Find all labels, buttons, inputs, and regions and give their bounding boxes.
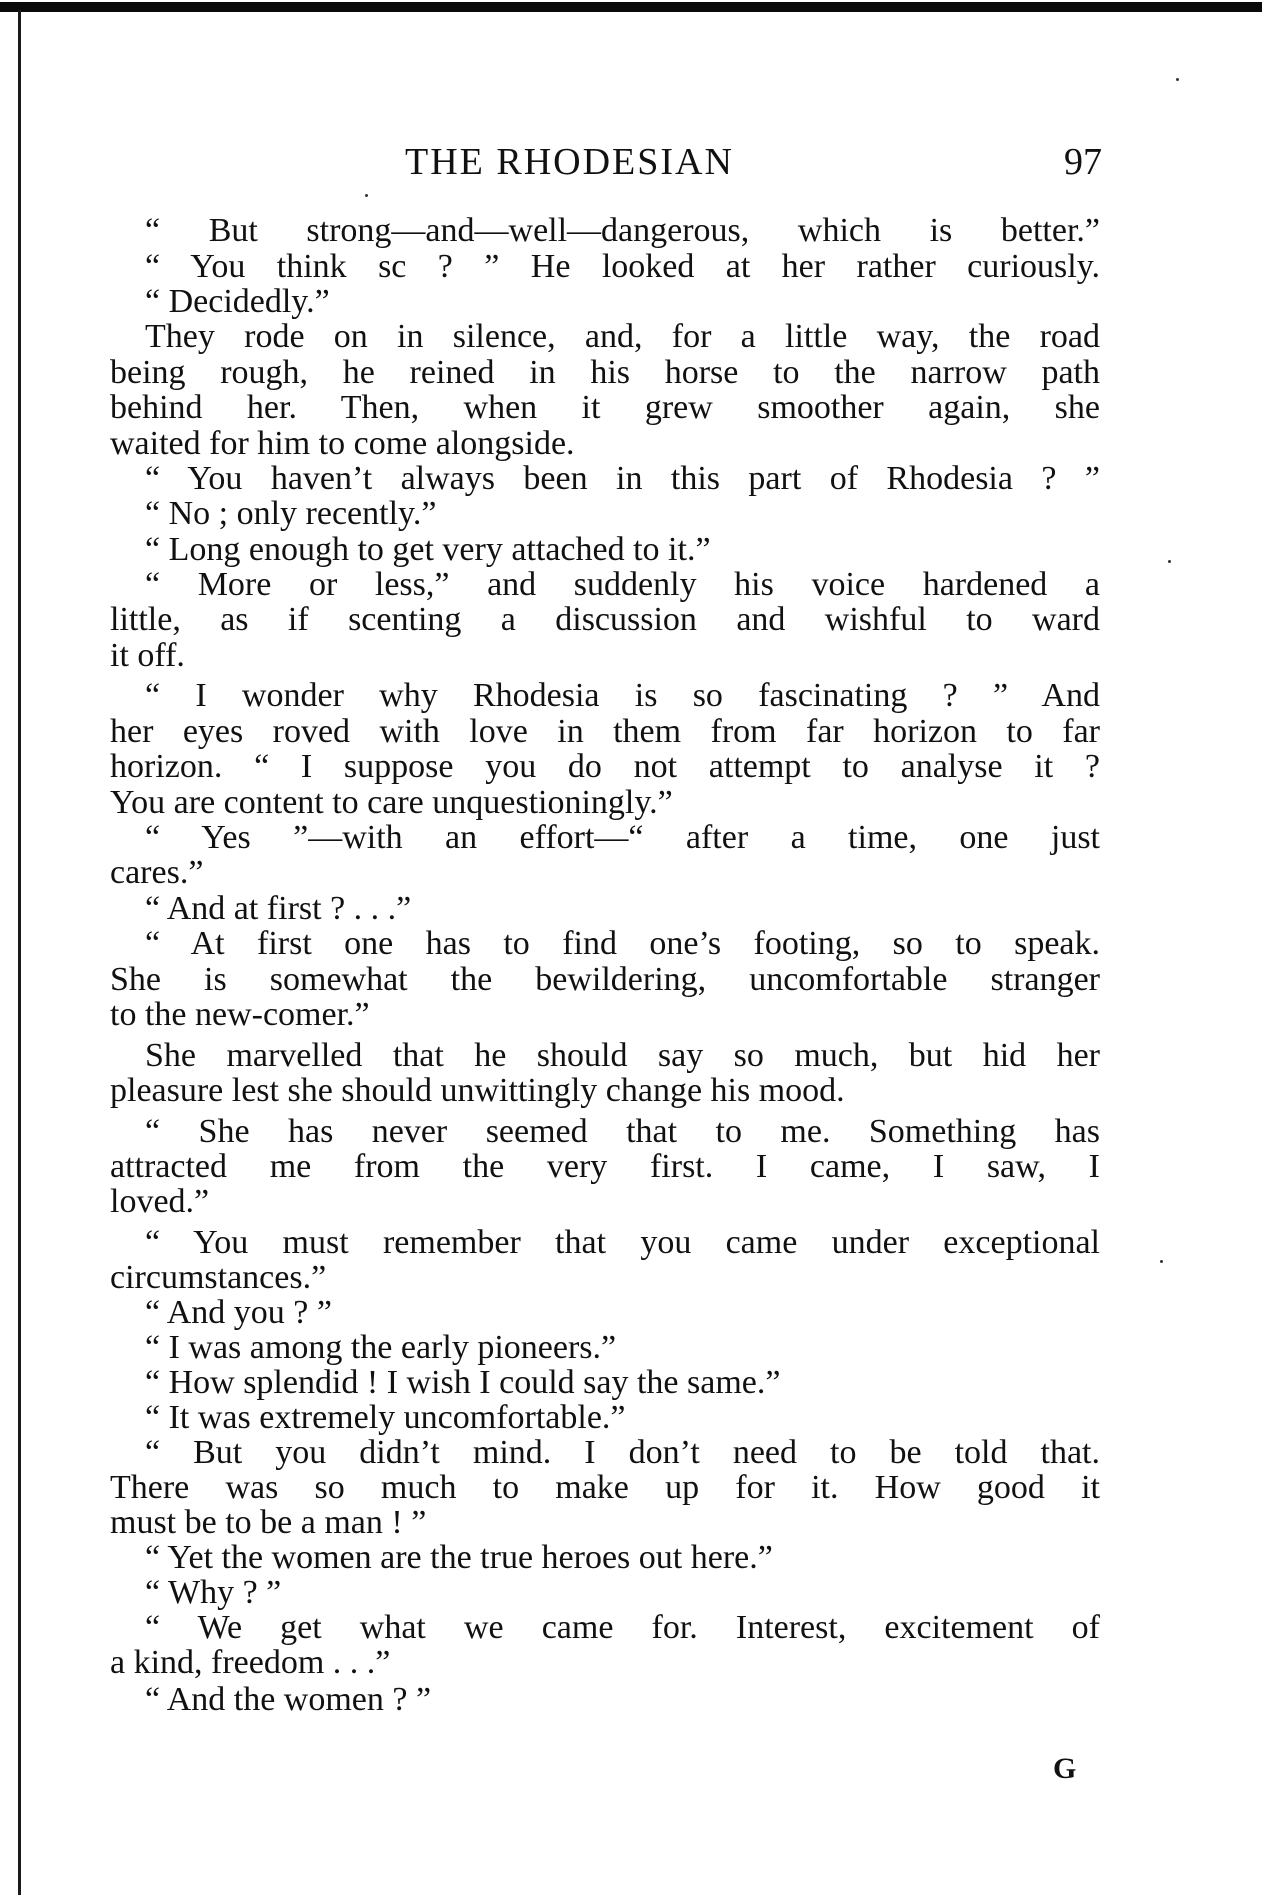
text-line: “ And at first ? . . .”: [145, 891, 1100, 927]
text-line: “ Decidedly.”: [145, 284, 1100, 320]
text-line: her eyes roved with love in them from fa…: [110, 714, 1100, 750]
text-line: waited for him to come alongside.: [110, 426, 1100, 462]
text-line: “ How splendid ! I wish I could say the …: [145, 1365, 1100, 1401]
text-line: “ Why ? ”: [145, 1575, 1100, 1611]
print-speck: [1168, 560, 1171, 563]
text-line: She is somewhat the bewildering, uncomfo…: [110, 962, 1100, 998]
text-line: little, as if scenting a discussion and …: [110, 602, 1100, 638]
text-line: circumstances.”: [110, 1260, 1100, 1296]
text-line: “ Yes ”—with an effort—“ after a time, o…: [145, 820, 1100, 856]
text-line: “ More or less,” and suddenly his voice …: [145, 567, 1100, 603]
text-line: “ You haven’t always been in this part o…: [145, 461, 1100, 497]
text-line: They rode on in silence, and, for a litt…: [145, 319, 1100, 355]
text-line: “ It was extremely uncomfortable.”: [145, 1400, 1100, 1436]
text-line: “ You think sc ? ” He looked at her rath…: [145, 249, 1100, 285]
page-left-edge-rule: [18, 10, 21, 1895]
text-line: cares.”: [110, 855, 1100, 891]
text-line: “ And the women ? ”: [145, 1682, 1100, 1718]
page-number: 97: [1058, 140, 1102, 184]
text-line: “ I was among the early pioneers.”: [145, 1330, 1100, 1366]
text-line: “ But you didn’t mind. I don’t need to b…: [145, 1435, 1100, 1471]
text-line: “ Yet the women are the true heroes out …: [145, 1540, 1100, 1576]
print-speck: [1176, 78, 1179, 81]
text-line: “ No ; only recently.”: [145, 496, 1100, 532]
text-line: a kind, freedom . . .”: [110, 1645, 1100, 1681]
text-line: “ I wonder why Rhodesia is so fascinatin…: [145, 678, 1100, 714]
text-line: loved.”: [110, 1184, 1100, 1220]
text-line: attracted me from the very first. I came…: [110, 1149, 1100, 1185]
print-speck: [1160, 1260, 1163, 1263]
text-line: “ But strong—and—well—dangerous, which i…: [145, 213, 1100, 249]
running-head-title: THE RHODESIAN: [405, 140, 800, 184]
text-line: She marvelled that he should say so much…: [145, 1038, 1100, 1074]
text-line: “ You must remember that you came under …: [145, 1225, 1100, 1261]
text-line: “ And you ? ”: [145, 1295, 1100, 1331]
text-line: horizon. “ I suppose you do not attempt …: [110, 749, 1100, 785]
print-speck: [365, 194, 368, 197]
text-line: “ Long enough to get very attached to it…: [145, 532, 1100, 568]
text-line: must be to be a man ! ”: [110, 1505, 1100, 1541]
text-line: “ She has never seemed that to me. Somet…: [145, 1114, 1100, 1150]
text-line: There was so much to make up for it. How…: [110, 1470, 1100, 1506]
text-line: behind her. Then, when it grew smoother …: [110, 390, 1100, 426]
text-line: pleasure lest she should unwittingly cha…: [110, 1073, 1100, 1109]
text-line: it off.: [110, 638, 1100, 674]
text-line: to the new-comer.”: [110, 997, 1100, 1033]
page-top-edge-rule: [0, 2, 1262, 12]
text-line: You are content to care unquestioningly.…: [110, 785, 1100, 821]
text-line: “ At first one has to find one’s footing…: [145, 926, 1100, 962]
text-line: “ We get what we came for. Interest, exc…: [145, 1610, 1100, 1646]
text-line: being rough, he reined in his horse to t…: [110, 355, 1100, 391]
signature-mark: G: [1053, 1752, 1076, 1786]
